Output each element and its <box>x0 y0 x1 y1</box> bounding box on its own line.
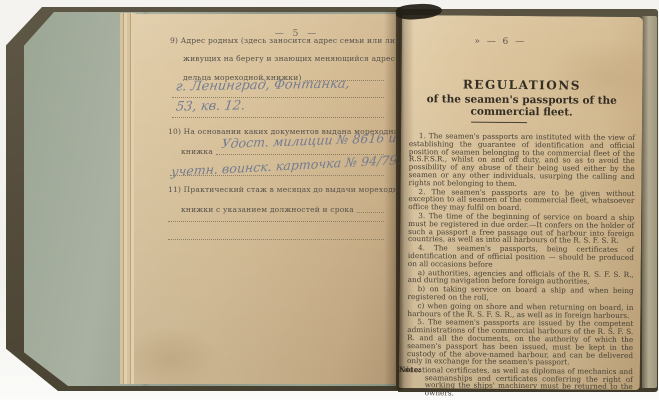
dotted-line <box>168 239 384 240</box>
photo-background: — 5 — 9) Адрес родных (здесь заносится а… <box>0 0 659 400</box>
dotted-line <box>172 117 384 118</box>
field-9-line-1: 9) Адрес родных (здесь заносится адрес с… <box>170 36 403 45</box>
regulation-paragraph-2: 2. The seamen's passports are to be give… <box>408 188 634 213</box>
regulation-paragraph-5: 5. The seamen's passports are issued by … <box>407 318 633 367</box>
dotted-line <box>170 175 384 176</box>
left-page: — 5 — 9) Адрес родных (здесь заносится а… <box>134 14 396 384</box>
dotted-line <box>172 97 384 98</box>
title-rule <box>471 122 527 123</box>
note-text: Educational certificates, as well as dip… <box>425 366 633 398</box>
right-page-number: » — 6 — <box>402 36 643 48</box>
regulation-item-b: b) on taking service on board a ship and… <box>408 285 634 303</box>
dotted-leader <box>357 212 384 213</box>
regulation-paragraph-3: 3. The time of the beginning of service … <box>408 212 634 245</box>
handwriting-address-line-2: 53, кв. 12. <box>175 98 246 114</box>
handwriting-address-line-1: г. Ленинград, Фонтанка, <box>175 76 351 94</box>
field-11-line-2: книжки с указанием должностей и срока <box>181 201 384 214</box>
field-11-line-2-text: книжки с указанием должностей и срока <box>181 205 354 214</box>
right-page: » — 6 — REGULATIONS of the seamen's pass… <box>399 15 643 390</box>
regulation-paragraph-1: 1. The seamen's passports are instituted… <box>409 132 635 189</box>
regulations-subtitle: of the seamen's passports of the commerc… <box>401 93 642 119</box>
regulations-title: REGULATIONS <box>401 77 642 93</box>
field-9-line-2: живущих на берегу и знающих меняющийся а… <box>183 54 414 63</box>
dotted-line <box>168 221 384 222</box>
regulation-paragraph-4: 4. The seamen's passports, being certifi… <box>408 244 634 269</box>
regulations-body: 1. The seamen's passports are instituted… <box>407 132 635 368</box>
field-11-line-1: 11) Практический стаж в месяцах до выдач… <box>168 185 408 194</box>
regulations-note: Note: Educational certificates, as well … <box>451 367 633 369</box>
right-cover-fore-edge <box>642 16 657 388</box>
field-10-label: книжка <box>181 147 213 156</box>
